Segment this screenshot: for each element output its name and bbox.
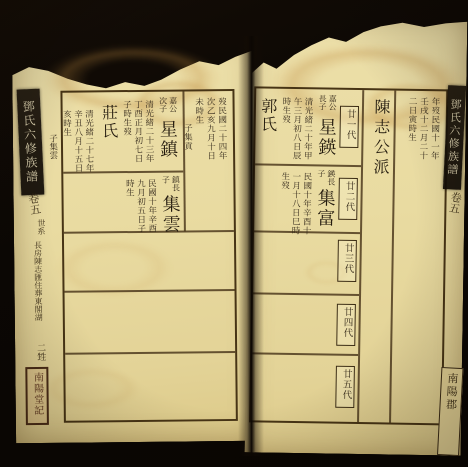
left-printer-mark-box: 南陽堂記: [25, 367, 49, 425]
entry-jifu: 鍈長子 集富 民國十年辛酉十一月十八日巳時生歿: [258, 168, 337, 231]
left-continuation-cell: 歿民國二十四年次乙亥九月十日未時生 子集貢: [182, 97, 229, 167]
left-margin-note: 長房陳志匯住葬東閣湖: [32, 241, 43, 341]
generation-box-21: 廿一代: [339, 106, 359, 148]
left-spine-title-box: 鄧氏六修族譜: [17, 89, 45, 196]
right-page-frame: 年歿民國十一年壬戌十二月二十二日寅時生 陳志公派 廿一代 廿二代 廿三代 廿四代…: [249, 86, 448, 425]
right-volume-label: 卷五: [445, 190, 464, 214]
xingzhen-sons: 子集雲: [48, 134, 60, 160]
branch-heading: 陳志公派: [365, 98, 392, 178]
xingzhen-name: 星鎮: [155, 120, 181, 160]
xingying-dates: 清光緒二十年甲午三月初八日辰時生歿: [280, 97, 314, 162]
xingying-spouse: 郭氏: [255, 97, 279, 133]
xingzhen-dates: 清光緒二十三年丁酉正月初七日子時生歿: [121, 100, 155, 164]
entry-xingying: 嘉公長子 星鍈 清光緒二十年甲午三月初八日辰時生歿 郭氏: [259, 93, 338, 164]
generation-label-23: 廿三代: [341, 243, 352, 275]
generation-box-22: 廿二代: [338, 178, 358, 220]
jifu-dates: 民國十年辛酉十一月十八日巳時生歿: [279, 172, 313, 237]
right-continuation-text: 年歿民國十一年壬戌十二月二十二日寅時生: [406, 97, 442, 168]
xingzhen-spouse: 莊氏: [96, 104, 119, 140]
generation-label-25: 廿五代: [339, 369, 350, 401]
jiyun-name: 集雲: [158, 194, 184, 234]
xingying-relation: 嘉公長子: [317, 94, 337, 116]
jiyun-relation: 鎮長子: [160, 176, 180, 194]
generation-box-24: 廿四代: [336, 304, 356, 346]
xingying-name: 星鍈: [313, 117, 340, 157]
left-continuation-sons: 子集貢: [182, 97, 194, 167]
generation-label-22: 廿二代: [342, 181, 353, 213]
entry-jiyun: 鎮長子 集雲 民國十年辛酉九月初五日子時生: [124, 176, 182, 233]
left-continuation-text: 歿民國二十四年次乙亥九月十日未時生: [193, 97, 228, 167]
entry-xingzhen: 嘉公次子 星鎮 清光緒二十三年丁酉正月初七日子時生歿 莊氏 清光緒二十七年辛丑八…: [67, 97, 179, 172]
left-section-label: 世系: [36, 219, 47, 235]
left-volume-label: 卷五: [24, 192, 43, 216]
right-edge-mark: 南陽郡: [444, 372, 458, 412]
left-page-frame: 歿民國二十四年次乙亥九月十日未時生 子集貢 嘉公次子 星鎮 清光緒二十三年丁酉正…: [60, 89, 237, 423]
left-page: 鄧氏六修族譜 卷五 世系 長房陳志匯住葬東閣湖 二甡 南陽堂記 歿民國二十四年次…: [12, 39, 256, 443]
left-printer-mark: 南陽堂記: [31, 372, 42, 416]
generation-label-24: 廿四代: [340, 307, 351, 339]
right-edge-mark-strip: 南陽郡: [437, 367, 463, 456]
generation-box-25: 廿五代: [335, 366, 355, 408]
generation-label-21: 廿一代: [344, 109, 355, 141]
genealogy-book-scan: 鄧氏六修族譜 卷五 世系 長房陳志匯住葬東閣湖 二甡 南陽堂記 歿民國二十四年次…: [0, 0, 468, 467]
left-spine-title: 鄧氏六修族譜: [21, 100, 39, 185]
right-page: 年歿民國十一年壬戌十二月二十二日寅時生 陳志公派 廿一代 廿二代 廿三代 廿四代…: [245, 12, 468, 455]
xingzhen-relation: 嘉公次子: [157, 97, 177, 119]
jiyun-dates: 民國十年辛酉九月初五日子時生: [124, 179, 158, 237]
xingzhen-spouse-dates: 清光緒二十七年辛丑八月十五日亥時生: [61, 109, 95, 173]
right-spine-title: 鄧氏六修族譜: [446, 98, 462, 177]
right-continuation-cell: 年歿民國十一年壬戌十二月二十二日寅時生: [406, 97, 442, 168]
generation-box-23: 廿三代: [337, 240, 357, 282]
jifu-name: 集富: [312, 188, 339, 228]
left-page-number: 二甡: [35, 343, 48, 361]
jifu-relation: 鍈長子: [316, 169, 336, 187]
